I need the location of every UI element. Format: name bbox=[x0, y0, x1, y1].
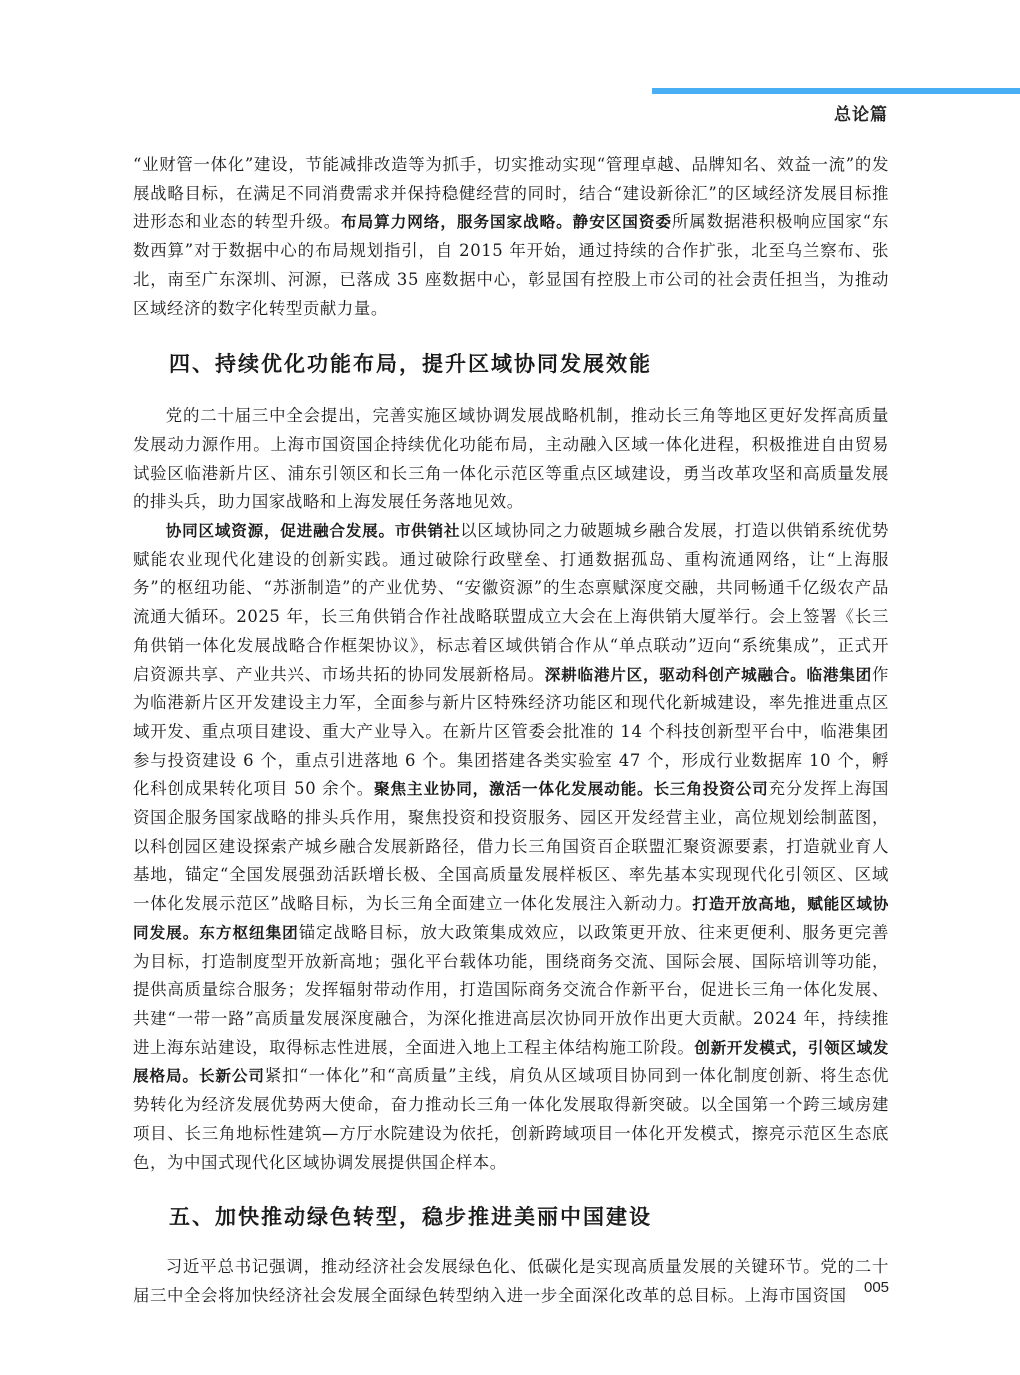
running-head: 总论篇 bbox=[834, 100, 888, 125]
bold-lead: 聚焦主业协同，激活一体化发展动能。长三角投资公司 bbox=[374, 780, 769, 798]
header-accent-bar bbox=[652, 88, 1020, 94]
body-text: 锚定战略目标，放大政策集成效应，以政策更开放、往来更便利、服务更完善为目标，打造… bbox=[133, 923, 889, 1057]
page-content: “业财管一体化”建设，节能减排改造等为抓手，切实推动实现“管理卓越、品牌知名、效… bbox=[133, 151, 889, 1311]
section4-intro: 党的二十届三中全会提出，完善实施区域协调发展战略机制，推动长三角等地区更好发挥高… bbox=[133, 402, 889, 517]
body-text: 以区域协同之力破题城乡融合发展，打造以供销系统优势赋能农业现代化建设的创新实践。… bbox=[133, 521, 889, 684]
bold-lead: 布局算力网络，服务国家战略。静安区国资委 bbox=[341, 213, 672, 231]
section5-intro: 习近平总书记强调，推动经济社会发展绿色化、低碳化是实现高质量发展的关键环节。党的… bbox=[133, 1253, 889, 1310]
section-heading-4: 四、持续优化功能布局，提升区域协同发展效能 bbox=[133, 348, 889, 378]
section4-body: 协同区域资源，促进融合发展。市供销社以区域协同之力破题城乡融合发展，打造以供销系… bbox=[133, 517, 889, 1177]
page-number: 005 bbox=[864, 1279, 889, 1296]
section-heading-5: 五、加快推动绿色转型，稳步推进美丽中国建设 bbox=[133, 1201, 889, 1231]
continued-paragraph: “业财管一体化”建设，节能减排改造等为抓手，切实推动实现“管理卓越、品牌知名、效… bbox=[133, 151, 889, 323]
bold-lead: 协同区域资源，促进融合发展。市供销社 bbox=[166, 522, 460, 540]
body-text: 充分发挥上海国资国企服务国家战略的排头兵作用，聚焦投资和投资服务、园区开发经营主… bbox=[133, 779, 889, 913]
bold-lead: 深耕临港片区，驱动科创产城融合。临港集团 bbox=[545, 666, 872, 684]
